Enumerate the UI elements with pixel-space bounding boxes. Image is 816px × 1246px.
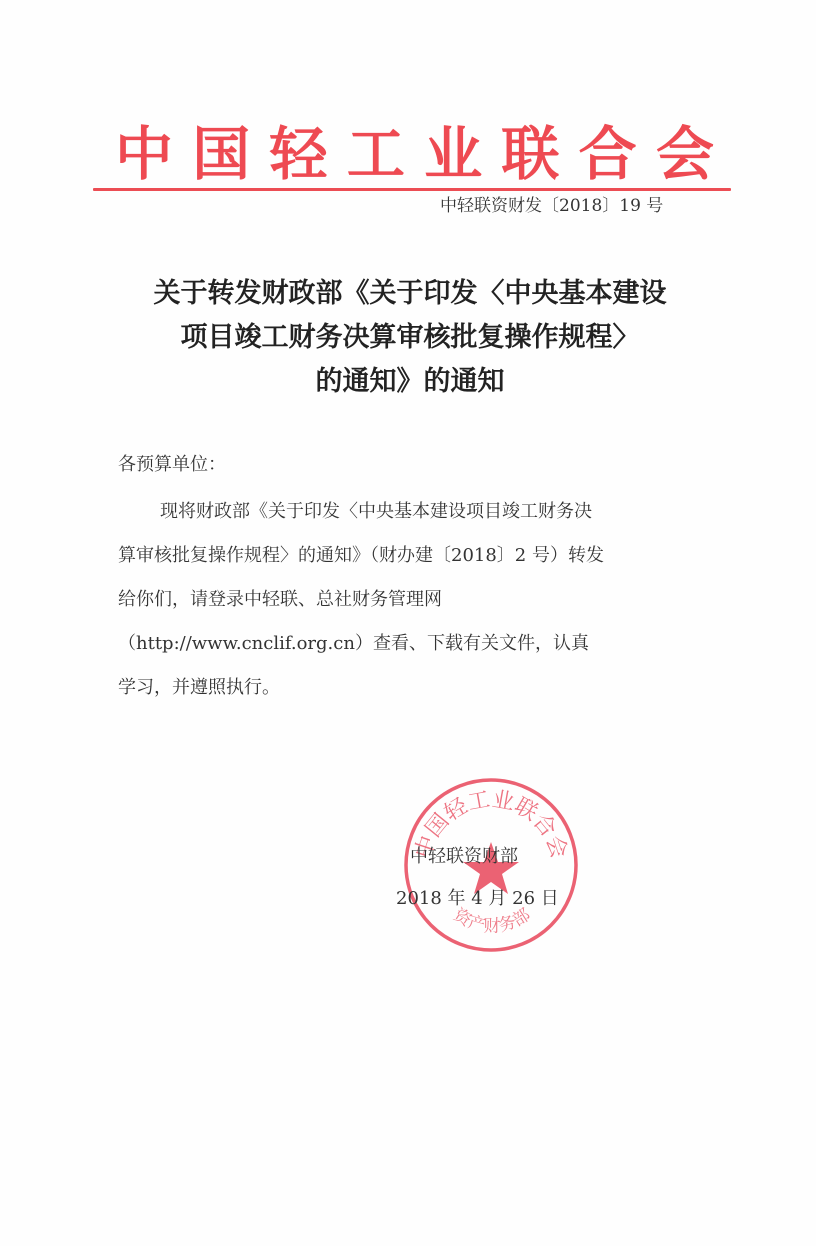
signing-date: 2018 年 4 月 26 日 — [396, 886, 559, 912]
document-number: 中轻联资财发〔2018〕19 号 — [440, 194, 700, 218]
letterhead-char: 工 — [344, 118, 408, 190]
signing-organization: 中轻联资财部 — [410, 844, 518, 870]
letterhead-char: 联 — [498, 118, 562, 190]
title-line: 关于转发财政部《关于印发〈中央基本建设 — [100, 272, 720, 316]
letterhead-char: 会 — [653, 118, 717, 190]
title-line: 的通知》的通知 — [100, 360, 720, 404]
body-paragraph: 现将财政部《关于印发〈中央基本建设项目竣工财务决 算审核批复操作规程〉的通知》（… — [118, 490, 698, 710]
letterhead-char: 合 — [576, 118, 640, 190]
letterhead-divider — [93, 188, 731, 191]
letterhead-char: 中 — [112, 118, 176, 190]
letterhead-char: 业 — [421, 118, 485, 190]
letterhead-organization-title: 中 国 轻 工 业 联 合 会 — [112, 118, 717, 190]
paragraph-line-with-link: （http://www.cnclif.org.cn）查看、下载有关文件，认真 — [118, 622, 698, 666]
paragraph-line: 算审核批复操作规程〉的通知》（财办建〔2018〕2 号）转发 — [118, 534, 698, 578]
document-title: 关于转发财政部《关于印发〈中央基本建设 项目竣工财务决算审核批复操作规程〉 的通… — [100, 272, 720, 404]
salutation: 各预算单位： — [118, 452, 226, 478]
title-line: 项目竣工财务决算审核批复操作规程〉 — [100, 316, 720, 360]
paragraph-line: 现将财政部《关于印发〈中央基本建设项目竣工财务决 — [118, 490, 698, 534]
paragraph-line: 给你们，请登录中轻联、总社财务管理网 — [118, 578, 698, 622]
document-page: 中 国 轻 工 业 联 合 会 中轻联资财发〔2018〕19 号 关于转发财政部… — [0, 0, 816, 1246]
letterhead-char: 国 — [189, 118, 253, 190]
letterhead-char: 轻 — [267, 118, 331, 190]
paragraph-line: 学习，并遵照执行。 — [118, 666, 698, 710]
